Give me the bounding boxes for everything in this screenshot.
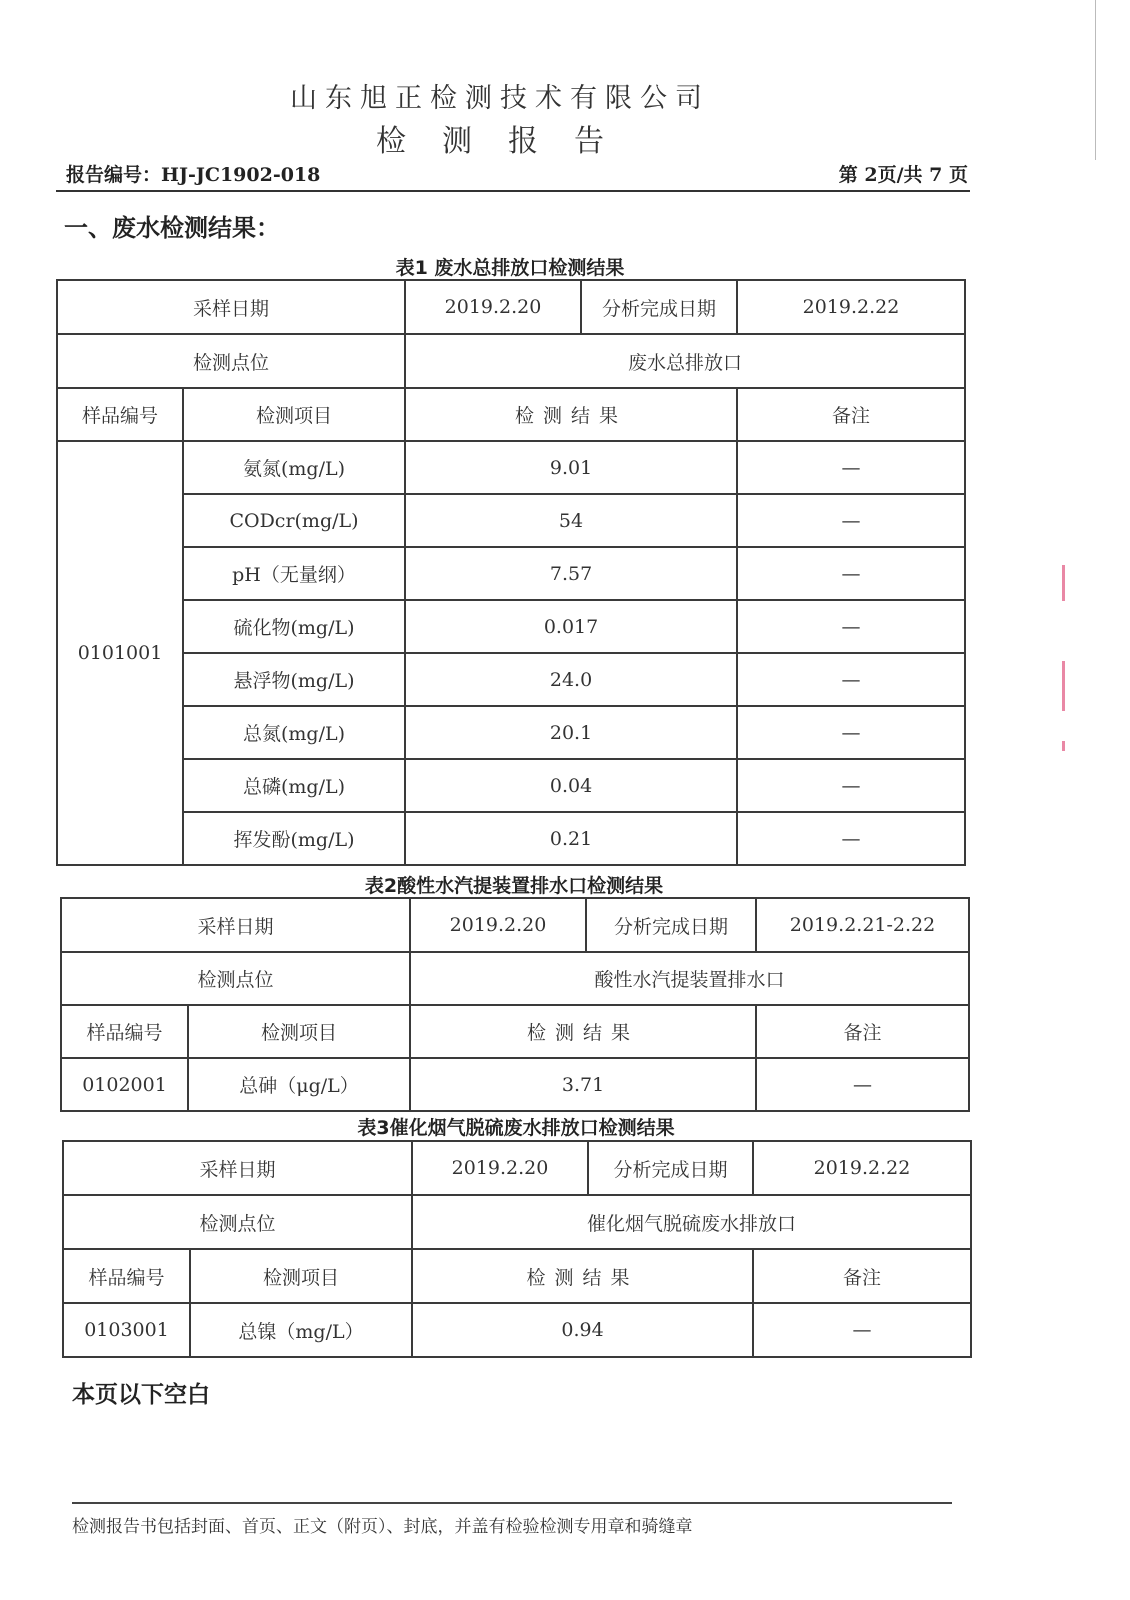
table-row: 0103001 总镍（mg/L） 0.94 — (63, 1303, 971, 1357)
document-title: 检测报告 (0, 116, 1016, 160)
table-row: 硫化物(mg/L) 0.017 — (57, 600, 965, 653)
item-header: 检测项目 (190, 1249, 412, 1303)
table-row: CODcr(mg/L) 54 — (57, 494, 965, 547)
analysis-date-value: 2019.2.22 (737, 280, 965, 334)
seal-stamp-fragment (1062, 565, 1078, 751)
item: 总砷（μg/L） (188, 1058, 410, 1111)
remark: — (737, 759, 965, 812)
location-value: 废水总排放口 (405, 334, 965, 388)
analysis-date-label: 分析完成日期 (586, 898, 756, 952)
remark: — (737, 494, 965, 547)
remark: — (737, 706, 965, 759)
table2-caption: 表2酸性水汽提装置排水口检测结果 (60, 871, 968, 898)
sampling-date-value: 2019.2.20 (412, 1141, 588, 1195)
remark: — (737, 812, 965, 865)
remark-header: 备注 (737, 388, 965, 441)
result-header: 检测结果 (410, 1005, 756, 1058)
item: 总磷(mg/L) (183, 759, 405, 812)
page-edge (1095, 0, 1096, 160)
sample-id: 0101001 (57, 441, 183, 865)
location-label: 检测点位 (63, 1195, 412, 1249)
sample-id: 0103001 (63, 1303, 190, 1357)
remark: — (756, 1058, 969, 1111)
item: CODcr(mg/L) (183, 494, 405, 547)
sample-id-header: 样品编号 (61, 1005, 188, 1058)
sampling-date-label: 采样日期 (57, 280, 405, 334)
table-row: 总氮(mg/L) 20.1 — (57, 706, 965, 759)
location-label: 检测点位 (57, 334, 405, 388)
item: 总氮(mg/L) (183, 706, 405, 759)
table-row: pH（无量纲） 7.57 — (57, 547, 965, 600)
header-divider (56, 190, 970, 192)
result: 0.94 (412, 1303, 753, 1357)
remark-header: 备注 (756, 1005, 969, 1058)
remark: — (737, 547, 965, 600)
result: 3.71 (410, 1058, 756, 1111)
analysis-date-value: 2019.2.22 (753, 1141, 971, 1195)
remark: — (737, 600, 965, 653)
sampling-date-value: 2019.2.20 (405, 280, 581, 334)
footer-divider (72, 1502, 952, 1504)
item: 硫化物(mg/L) (183, 600, 405, 653)
section-title: 一、废水检测结果： (64, 208, 280, 243)
location-value: 催化烟气脱硫废水排放口 (412, 1195, 971, 1249)
analysis-date-label: 分析完成日期 (581, 280, 737, 334)
sample-id-header: 样品编号 (63, 1249, 190, 1303)
table3-caption: 表3催化烟气脱硫废水排放口检测结果 (62, 1113, 970, 1140)
seal-mark (1062, 661, 1078, 711)
table3: 采样日期 2019.2.20 分析完成日期 2019.2.22 检测点位 催化烟… (62, 1140, 972, 1358)
analysis-date-label: 分析完成日期 (588, 1141, 753, 1195)
result-header: 检测结果 (405, 388, 737, 441)
sampling-date-value: 2019.2.20 (410, 898, 586, 952)
result: 24.0 (405, 653, 737, 706)
company-name: 山东旭正检测技术有限公司 (0, 76, 1000, 115)
result: 0.04 (405, 759, 737, 812)
location-label: 检测点位 (61, 952, 410, 1005)
item: 总镍（mg/L） (190, 1303, 412, 1357)
sampling-date-label: 采样日期 (63, 1141, 412, 1195)
result-header: 检测结果 (412, 1249, 753, 1303)
location-value: 酸性水汽提装置排水口 (410, 952, 969, 1005)
seal-mark (1062, 565, 1078, 601)
item: pH（无量纲） (183, 547, 405, 600)
remark-header: 备注 (753, 1249, 971, 1303)
table-row: 0102001 总砷（μg/L） 3.71 — (61, 1058, 969, 1111)
report-number: 报告编号：HJ-JC1902-018 (66, 160, 320, 187)
result: 54 (405, 494, 737, 547)
item-header: 检测项目 (183, 388, 405, 441)
remark: — (737, 653, 965, 706)
table-row: 0101001 氨氮(mg/L) 9.01 — (57, 441, 965, 494)
item: 氨氮(mg/L) (183, 441, 405, 494)
table1-caption: 表1 废水总排放口检测结果 (56, 253, 964, 280)
remark: — (753, 1303, 971, 1357)
remark: — (737, 441, 965, 494)
result: 0.21 (405, 812, 737, 865)
sample-id: 0102001 (61, 1058, 188, 1111)
page-indicator: 第 2页/共 7 页 (839, 160, 968, 187)
result: 0.017 (405, 600, 737, 653)
table1: 采样日期 2019.2.20 分析完成日期 2019.2.22 检测点位 废水总… (56, 279, 966, 866)
item: 挥发酚(mg/L) (183, 812, 405, 865)
analysis-date-value: 2019.2.21-2.22 (756, 898, 969, 952)
result: 7.57 (405, 547, 737, 600)
item-header: 检测项目 (188, 1005, 410, 1058)
table-row: 悬浮物(mg/L) 24.0 — (57, 653, 965, 706)
seal-mark (1062, 741, 1078, 751)
sampling-date-label: 采样日期 (61, 898, 410, 952)
blank-below-note: 本页以下空白 (72, 1376, 210, 1409)
item: 悬浮物(mg/L) (183, 653, 405, 706)
table2: 采样日期 2019.2.20 分析完成日期 2019.2.21-2.22 检测点… (60, 897, 970, 1112)
table-row: 挥发酚(mg/L) 0.21 — (57, 812, 965, 865)
footer-note: 检测报告书包括封面、首页、正文（附页）、封底，并盖有检验检测专用章和骑缝章 (72, 1512, 693, 1537)
sample-id-header: 样品编号 (57, 388, 183, 441)
table-row: 总磷(mg/L) 0.04 — (57, 759, 965, 812)
result: 9.01 (405, 441, 737, 494)
result: 20.1 (405, 706, 737, 759)
